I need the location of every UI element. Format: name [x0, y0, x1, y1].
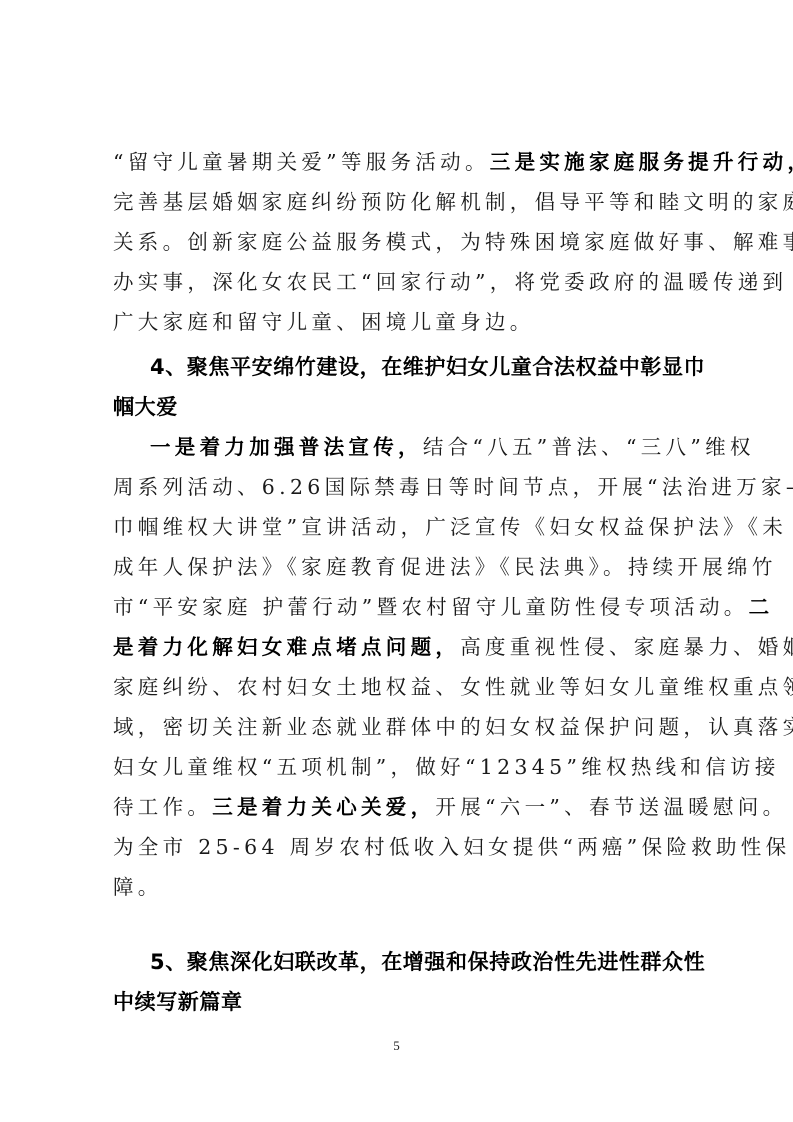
section-heading-4-line2: 帼大爱: [113, 387, 699, 427]
text-run: 关系。创新家庭公益服务模式，为特殊困境家庭做好事、解难事、: [113, 230, 793, 254]
text-line: 成年人保护法》《家庭教育促进法》《民法典》。持续开展绵竹: [113, 547, 699, 587]
bold-run: 二: [749, 595, 774, 619]
text-run: 结合“八五”普法、“三八”维权: [423, 435, 755, 459]
text-run: 障。: [113, 875, 163, 899]
text-line: 为全市 25-64 周岁农村低收入妇女提供“两癌”保险救助性保: [113, 827, 699, 867]
text-line: 域，密切关注新业态就业群体中的妇女权益保护问题，认真落实: [113, 707, 699, 747]
text-run: 开展“六一”、春节送温暖慰问。: [435, 795, 787, 819]
text-run: 域，密切关注新业态就业群体中的妇女权益保护问题，认真落实: [113, 715, 793, 739]
text-run: 办实事，深化女农民工“回家行动”，将党委政府的温暖传递到: [113, 270, 787, 294]
text-line: 妇女儿童维权“五项机制”，做好“12345”维权热线和信访接: [113, 747, 699, 787]
bold-run: 一是着力加强普法宣传，: [150, 435, 423, 459]
text-run: 完善基层婚姻家庭纠纷预防化解机制，倡导平等和睦文明的家庭: [113, 190, 793, 214]
section-heading-5-line1: 5、聚焦深化妇联改革，在增强和保持政治性先进性群众性: [113, 942, 699, 982]
section-heading-4: 4、聚焦平安绵竹建设，在维护妇女儿童合法权益中彰显巾 帼大爱: [113, 347, 699, 427]
text-run: 周系列活动、6.26国际禁毒日等时间节点，开展“法治进万家—: [113, 475, 793, 499]
bold-run: 三是实施家庭服务提升行动，: [490, 150, 793, 174]
text-line: 市“平安家庭 护蕾行动”暨农村留守儿童防性侵专项活动。二: [113, 587, 699, 627]
text-line: 办实事，深化女农民工“回家行动”，将党委政府的温暖传递到: [113, 262, 699, 302]
text-run: 家庭纠纷、农村妇女土地权益、女性就业等妇女儿童维权重点领: [113, 675, 793, 699]
section-heading-4-line1: 4、聚焦平安绵竹建设，在维护妇女儿童合法权益中彰显巾: [113, 347, 699, 387]
text-run: 市“平安家庭 护蕾行动”暨农村留守儿童防性侵专项活动。: [113, 595, 749, 619]
text-line: 待工作。三是着力关心关爱，开展“六一”、春节送温暖慰问。: [113, 787, 699, 827]
text-line: 广大家庭和留守儿童、困境儿童身边。: [113, 302, 699, 342]
text-run: 成年人保护法》《家庭教育促进法》《民法典》。持续开展绵竹: [113, 555, 777, 579]
text-run: 妇女儿童维权“五项机制”，做好“12345”维权热线和信访接: [113, 755, 780, 779]
paragraph-rights-protection: 一是着力加强普法宣传，结合“八五”普法、“三八”维权周系列活动、6.26国际禁毒…: [113, 427, 699, 907]
text-line: 完善基层婚姻家庭纠纷预防化解机制，倡导平等和睦文明的家庭: [113, 182, 699, 222]
text-line: 周系列活动、6.26国际禁毒日等时间节点，开展“法治进万家—: [113, 467, 699, 507]
text-line: 关系。创新家庭公益服务模式，为特殊困境家庭做好事、解难事、: [113, 222, 699, 262]
text-run: 待工作。: [113, 795, 212, 819]
section-heading-5: 5、聚焦深化妇联改革，在增强和保持政治性先进性群众性 中续写新篇章: [113, 942, 699, 1022]
text-line: 是着力化解妇女难点堵点问题，高度重视性侵、家庭暴力、婚姻: [113, 627, 699, 667]
text-run: 为全市 25-64 周岁农村低收入妇女提供“两癌”保险救助性保: [113, 835, 790, 859]
document-page: “留守儿童暑期关爱”等服务活动。三是实施家庭服务提升行动，完善基层婚姻家庭纠纷预…: [0, 0, 793, 1122]
document-body: “留守儿童暑期关爱”等服务活动。三是实施家庭服务提升行动，完善基层婚姻家庭纠纷预…: [113, 142, 699, 1022]
bold-run: 是着力化解妇女难点堵点问题，: [113, 635, 460, 659]
text-line: 巾帼维权大讲堂”宣讲活动，广泛宣传《妇女权益保护法》《未: [113, 507, 699, 547]
text-run: 高度重视性侵、家庭暴力、婚姻: [460, 635, 793, 659]
text-run: “留守儿童暑期关爱”等服务活动。: [113, 150, 490, 174]
bold-run: 三是着力关心关爱，: [212, 795, 435, 819]
text-line: “留守儿童暑期关爱”等服务活动。三是实施家庭服务提升行动，: [113, 142, 699, 182]
text-run: 巾帼维权大讲堂”宣讲活动，广泛宣传《妇女权益保护法》《未: [113, 515, 787, 539]
section-heading-5-line2: 中续写新篇章: [113, 982, 699, 1022]
page-number: 5: [0, 1038, 793, 1054]
text-line: 家庭纠纷、农村妇女土地权益、女性就业等妇女儿童维权重点领: [113, 667, 699, 707]
paragraph-family-services: “留守儿童暑期关爱”等服务活动。三是实施家庭服务提升行动，完善基层婚姻家庭纠纷预…: [113, 142, 699, 342]
text-run: 广大家庭和留守儿童、困境儿童身边。: [113, 310, 535, 334]
text-line: 一是着力加强普法宣传，结合“八五”普法、“三八”维权: [113, 427, 699, 467]
text-line: 障。: [113, 867, 699, 907]
